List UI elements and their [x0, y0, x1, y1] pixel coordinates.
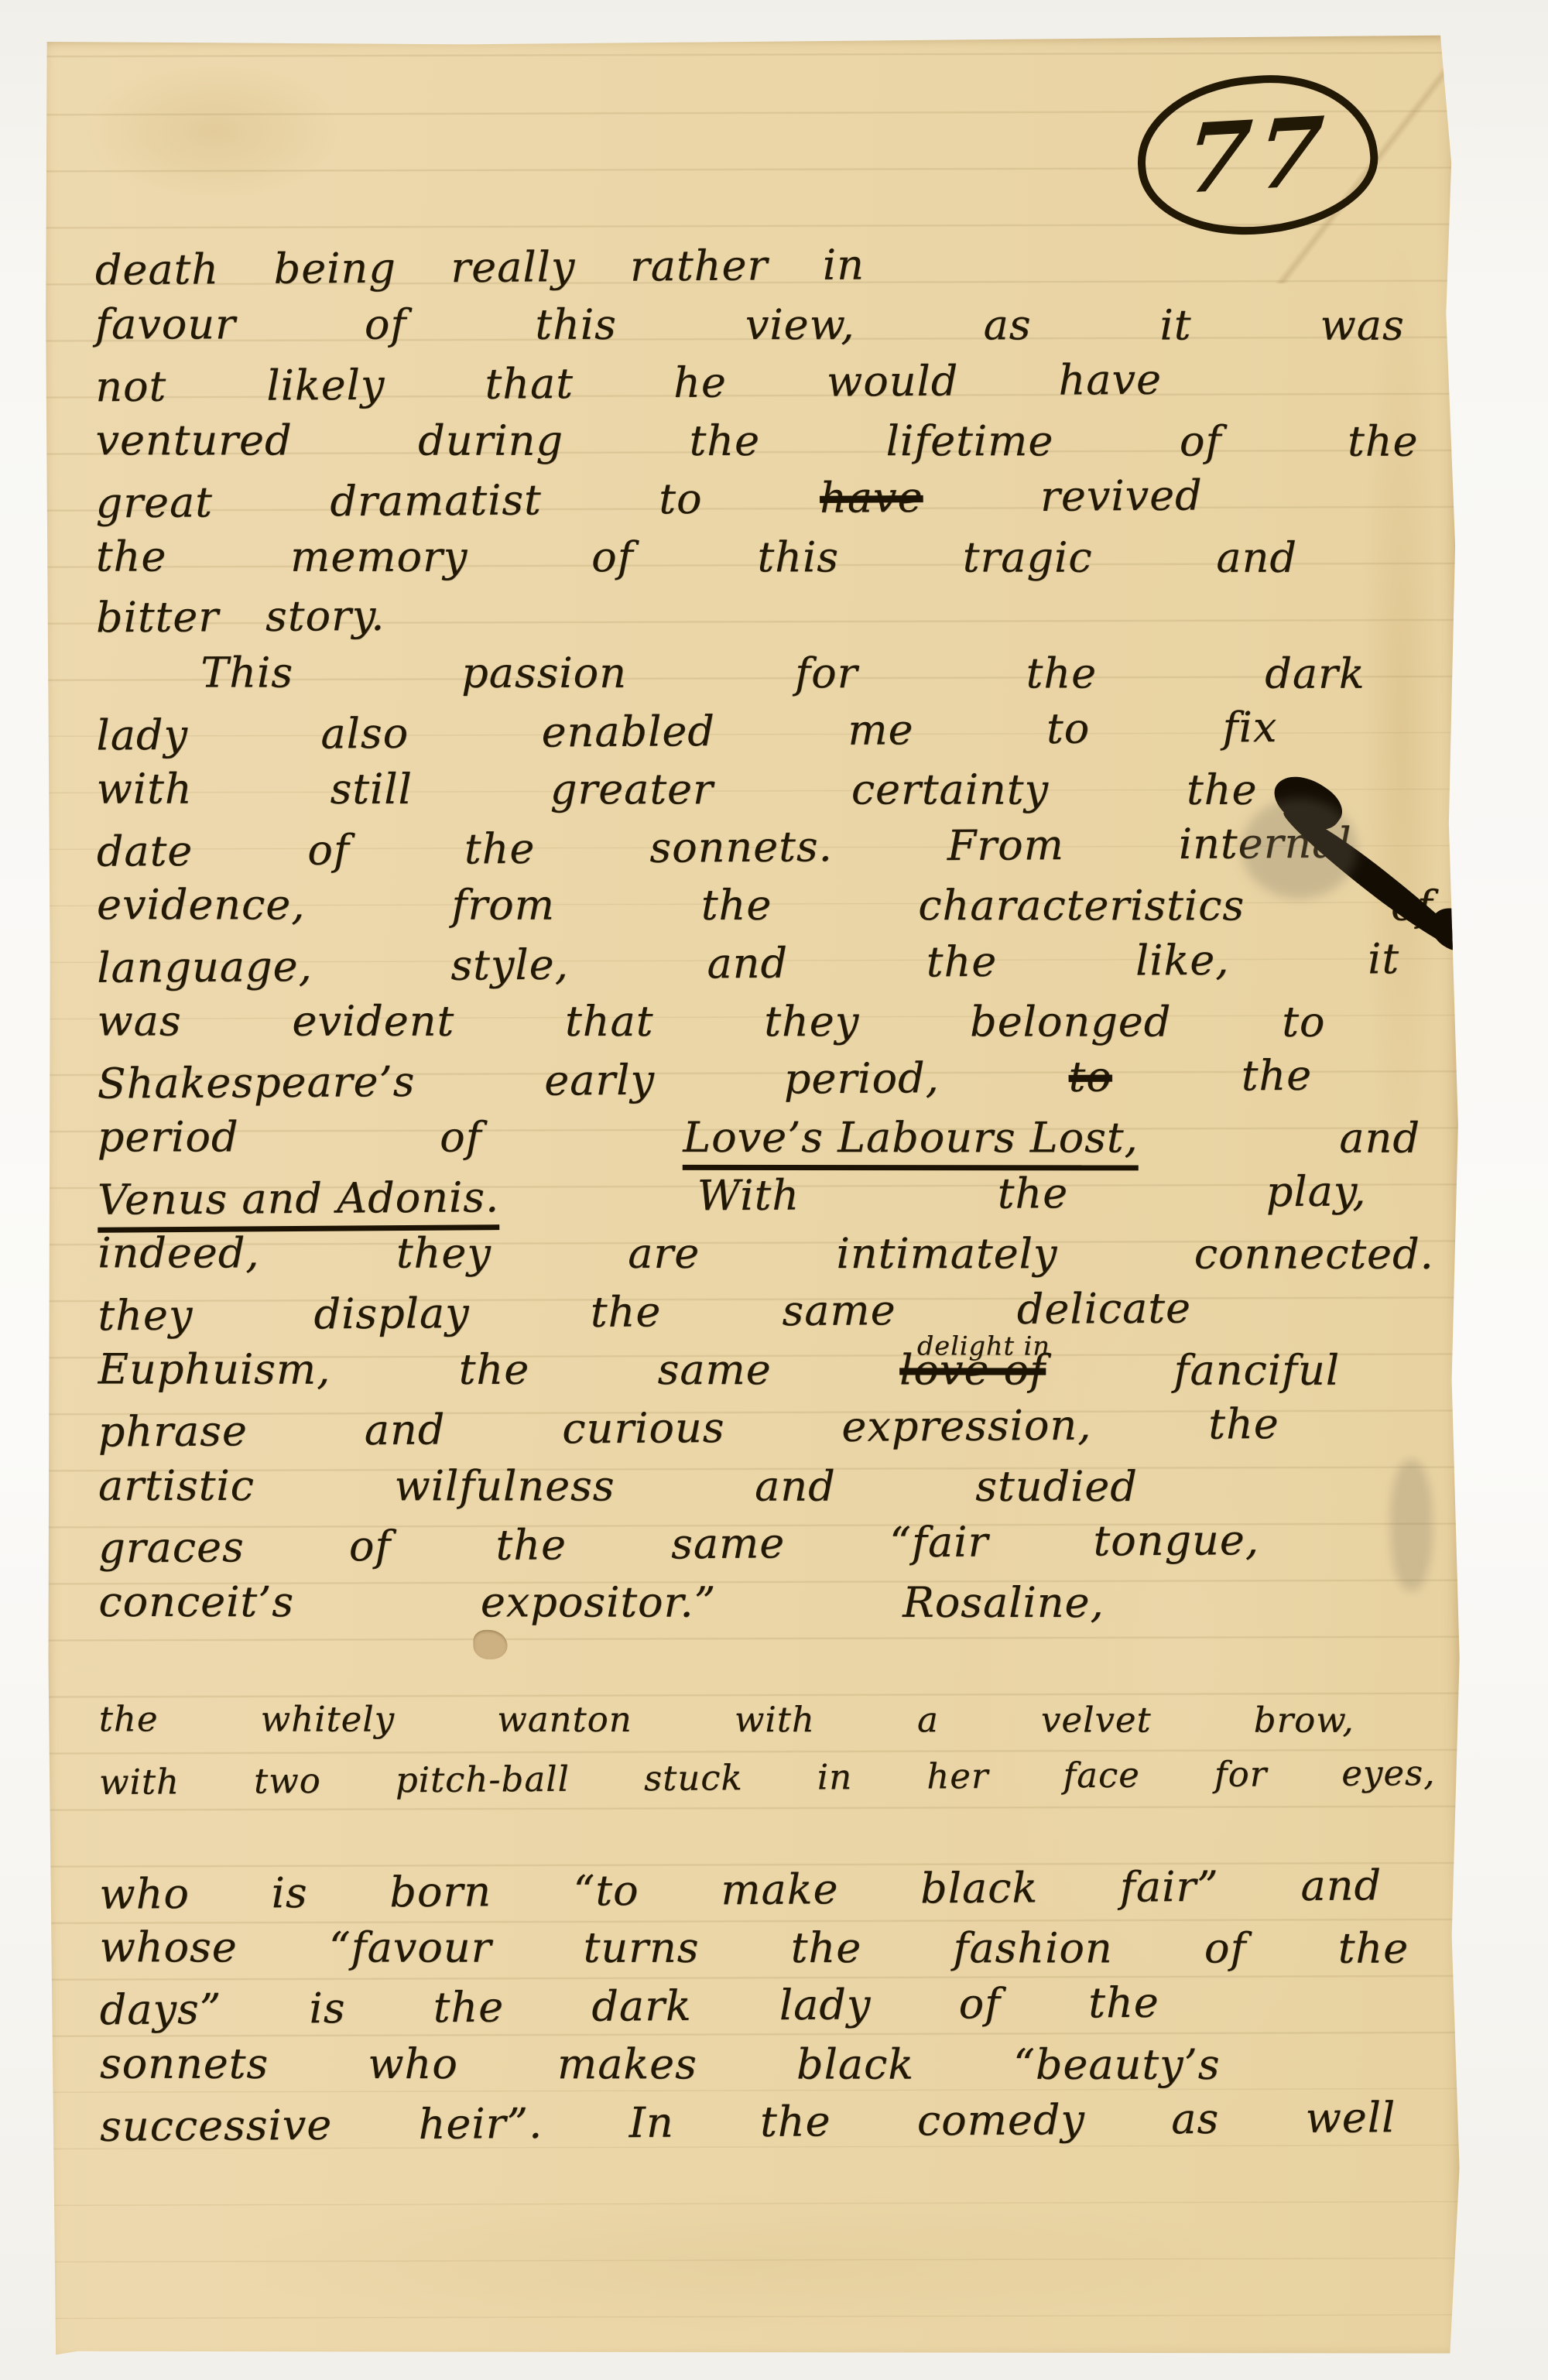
- manuscript-word: period: [98, 1112, 239, 1162]
- manuscript-word: pitch-ball: [396, 1755, 570, 1806]
- manuscript-word: during: [418, 416, 563, 466]
- manuscript-word: the: [459, 1345, 529, 1395]
- manuscript-word: brow,: [1254, 1696, 1354, 1745]
- manuscript-word: and: [707, 939, 788, 989]
- manuscript-word: dark: [591, 1981, 692, 2032]
- manuscript-word: days”: [100, 1984, 222, 2035]
- manuscript-line: Thispassionforthedark: [96, 648, 1365, 707]
- manuscript-line: whose“favourturnsthefashionofthe: [100, 1923, 1409, 1981]
- manuscript-word: that: [485, 359, 574, 409]
- manuscript-line: periodofLove’s Labours Lost,and: [98, 1112, 1420, 1171]
- manuscript-word: that: [565, 997, 653, 1046]
- manuscript-word: certainty: [851, 765, 1049, 814]
- manuscript-word: intimately: [837, 1229, 1058, 1279]
- manuscript-word: studied: [975, 1462, 1138, 1512]
- manuscript-word: period,: [784, 1053, 940, 1104]
- manuscript-word: bitter: [96, 592, 219, 642]
- underlined-phrase: Venus and Adonis.: [98, 1173, 500, 1233]
- manuscript-word: this: [535, 300, 617, 350]
- manuscript-word: fair”: [1120, 1862, 1219, 1913]
- manuscript-word: phrase: [98, 1406, 248, 1457]
- manuscript-line: thewhitelywantonwithavelvetbrow,: [99, 1694, 1354, 1753]
- manuscript-word: lifetime: [886, 416, 1054, 466]
- manuscript-word: the: [791, 1923, 861, 1973]
- manuscript-word: to: [659, 474, 703, 524]
- struck-out-word: love ofdelight in: [899, 1345, 1046, 1395]
- manuscript-word: in: [823, 240, 865, 289]
- manuscript-word: who: [368, 2039, 458, 2089]
- manuscript-line: ladyalsoenabledmetofix: [96, 703, 1277, 769]
- manuscript-word: same: [658, 1345, 772, 1395]
- manuscript-word: the: [495, 1520, 567, 1570]
- manuscript-word: have: [1058, 355, 1162, 406]
- manuscript-word: sonnets.: [649, 822, 833, 873]
- manuscript-word: of: [1204, 1924, 1247, 1974]
- manuscript-word: “fair: [889, 1517, 988, 1567]
- manuscript-word: to: [1046, 704, 1091, 754]
- manuscript-line: evidence,fromthecharacteristicsof: [97, 880, 1433, 940]
- manuscript-word: This: [200, 648, 293, 697]
- manuscript-word: of: [591, 533, 634, 582]
- manuscript-word: the: [926, 937, 998, 988]
- manuscript-line: greatdramatisttohaverevived: [95, 471, 1203, 536]
- manuscript-line: dateofthesonnets.Frominternal: [97, 818, 1352, 885]
- manuscript-word: they: [98, 1290, 193, 1341]
- manuscript-word: the: [1208, 1399, 1279, 1450]
- manuscript-word: ventured: [95, 416, 292, 465]
- manuscript-word: for: [795, 649, 858, 698]
- manuscript-word: would: [827, 356, 959, 406]
- manuscript-word: view,: [745, 300, 855, 350]
- manuscript-word: they: [396, 1229, 491, 1279]
- manuscript-line: indeed,theyareintimatelyconnected.: [98, 1228, 1434, 1288]
- manuscript-word: and: [755, 1462, 836, 1512]
- manuscript-word: date: [97, 827, 193, 877]
- page-number-circle: 77: [1131, 66, 1384, 245]
- manuscript-word: lady: [96, 711, 188, 761]
- manuscript-word: same: [782, 1286, 896, 1336]
- manuscript-word: comedy: [917, 2095, 1085, 2146]
- manuscript-word: the: [96, 533, 166, 582]
- manuscript-word: with: [97, 765, 193, 814]
- manuscript-word: indeed,: [98, 1228, 259, 1278]
- manuscript-word: display: [313, 1289, 470, 1339]
- manuscript-word: play,: [1266, 1166, 1367, 1217]
- manuscript-word: the: [760, 2097, 831, 2147]
- manuscript-word: eyes,: [1341, 1748, 1436, 1799]
- manuscript-word: the: [433, 1983, 504, 2033]
- manuscript-word: Euphuism,: [98, 1344, 331, 1394]
- manuscript-word: wilfulness: [395, 1461, 615, 1511]
- manuscript-word: the: [1348, 417, 1418, 467]
- manuscript-line: thememoryofthistragicand: [96, 533, 1297, 591]
- manuscript-word: with: [735, 1695, 815, 1745]
- manuscript-word: in: [817, 1752, 853, 1802]
- manuscript-word: is: [271, 1868, 307, 1918]
- manuscript-word: he: [673, 358, 727, 408]
- manuscript-word: connected.: [1194, 1229, 1434, 1279]
- manuscript-word: of: [349, 1522, 392, 1571]
- manuscript-word: favour: [95, 300, 236, 349]
- manuscript-word: make: [721, 1865, 839, 1915]
- manuscript-line: sonnetswhomakesblack“beauty’s: [100, 2039, 1221, 2098]
- manuscript-word: artistic: [98, 1461, 255, 1511]
- manuscript-word: successive: [100, 2101, 333, 2152]
- manuscript-word: story.: [265, 591, 385, 642]
- manuscript-word: face: [1063, 1751, 1140, 1801]
- manuscript-word: the: [690, 416, 760, 466]
- manuscript-word: of: [365, 300, 407, 350]
- manuscript-word: tongue,: [1093, 1515, 1259, 1566]
- manuscript-word: born: [389, 1867, 491, 1917]
- manuscript-word: and: [365, 1405, 446, 1455]
- manuscript-word: rather: [630, 241, 769, 291]
- manuscript-word: from: [451, 881, 555, 930]
- manuscript-word: curious: [562, 1403, 725, 1454]
- manuscript-line: notlikelythathewouldhave: [95, 355, 1162, 421]
- manuscript-line: days”isthedarkladyofthe: [100, 1978, 1160, 2044]
- manuscript-word: with: [99, 1757, 180, 1807]
- manuscript-word: enabled: [541, 707, 715, 758]
- manuscript-line: language,style,andthelike,it: [97, 934, 1399, 1002]
- manuscript-line: conceit’sexpositor.”Rosaline,: [98, 1577, 1104, 1636]
- manuscript-word: lady: [779, 1980, 872, 2030]
- manuscript-word: the: [464, 824, 536, 875]
- manuscript-word: dramatist: [330, 475, 542, 526]
- manuscript-word: the: [1338, 1924, 1409, 1974]
- manuscript-word: it: [1160, 300, 1192, 350]
- manuscript-word: From: [947, 820, 1064, 871]
- manuscript-word: a: [917, 1695, 939, 1745]
- manuscript-word: this: [757, 533, 839, 582]
- manuscript-line: venturedduringthelifetimeofthe: [95, 416, 1418, 474]
- manuscript-line: favourofthisview,asitwas: [95, 300, 1405, 358]
- manuscript-word: early: [544, 1056, 655, 1106]
- manuscript-word: whose: [100, 1923, 238, 1972]
- manuscript-word: memory: [290, 533, 467, 582]
- manuscript-word: language,: [97, 942, 313, 993]
- manuscript-word: belonged: [970, 997, 1171, 1046]
- manuscript-word: conceit’s: [98, 1577, 294, 1627]
- manuscript-line: Shakespeare’searlyperiod,tothe: [97, 1051, 1312, 1118]
- manuscript-word: of: [440, 1113, 482, 1163]
- manuscript-word: and: [1300, 1861, 1382, 1911]
- manuscript-word: characteristics: [918, 881, 1245, 930]
- manuscript-line: artisticwilfulnessandstudied: [98, 1461, 1138, 1520]
- manuscript-word: With: [697, 1170, 800, 1221]
- manuscript-line: phraseandcuriousexpression,the: [98, 1399, 1279, 1466]
- manuscript-word: being: [273, 244, 396, 294]
- manuscript-line: Venus and Adonis.Withtheplay,: [98, 1166, 1367, 1233]
- manuscript-word: the: [1187, 765, 1257, 815]
- manuscript-line: withstillgreatercertaintythe: [97, 765, 1258, 824]
- manuscript-word: two: [254, 1756, 321, 1806]
- manuscript-word: are: [628, 1229, 700, 1279]
- manuscript-word: heir”.: [418, 2099, 543, 2149]
- manuscript-word: the: [701, 881, 772, 930]
- manuscript-word: makes: [557, 2039, 697, 2089]
- manuscript-word: “favour: [329, 1923, 491, 1973]
- underlined-phrase: Love’s Labours Lost,: [683, 1113, 1139, 1171]
- manuscript-line: gracesofthesame“fairtongue,: [98, 1515, 1259, 1581]
- manuscript-line: whoisborn“tomakeblackfair”and: [99, 1861, 1382, 1928]
- manuscript-word: “beauty’s: [1013, 2040, 1220, 2090]
- manuscript-word: black: [796, 2039, 914, 2089]
- manuscript-word: graces: [98, 1522, 245, 1573]
- manuscript-word: fashion: [953, 1923, 1112, 1973]
- manuscript-word: of: [307, 825, 350, 875]
- manuscript-word: also: [320, 709, 409, 759]
- struck-out-word: to: [1068, 1052, 1112, 1101]
- manuscript-word: as: [1171, 2094, 1219, 2144]
- manuscript-word: whitely: [261, 1695, 395, 1745]
- manuscript-word: expression,: [841, 1401, 1091, 1452]
- manuscript-word: black: [920, 1863, 1038, 1913]
- manuscript-word: evident: [292, 997, 454, 1046]
- manuscript-word: the: [1241, 1051, 1312, 1101]
- manuscript-line: Euphuism,thesamelove ofdelight infancifu…: [98, 1344, 1341, 1403]
- manuscript-line: successiveheir”.Inthecomedyaswell: [100, 2093, 1396, 2160]
- manuscript-word: the: [1088, 1978, 1159, 2029]
- manuscript-line: withtwopitch-ballstuckinherfaceforeyes,: [99, 1748, 1436, 1816]
- manuscript-word: wanton: [497, 1695, 632, 1745]
- manuscript-word: passion: [461, 649, 627, 698]
- manuscript-word: Rosaline,: [902, 1578, 1104, 1628]
- manuscript-word: was: [97, 996, 181, 1046]
- manuscript-word: like,: [1135, 936, 1230, 986]
- manuscript-word: still: [330, 765, 413, 814]
- page-number: 77: [1181, 94, 1334, 215]
- manuscript-word: greater: [550, 765, 714, 814]
- manuscript-word: of: [958, 1979, 1001, 2029]
- manuscript-line: wasevidentthattheybelongedto: [97, 996, 1325, 1055]
- manuscript-word: tragic: [963, 533, 1093, 582]
- manuscript-word: turns: [584, 1923, 700, 1973]
- manuscript-word: well: [1305, 2093, 1396, 2143]
- manuscript-word: same: [671, 1519, 786, 1569]
- manuscript-word: Shakespeare’s: [97, 1057, 415, 1109]
- manuscript-word: In: [628, 2098, 674, 2148]
- manuscript-word: “to: [574, 1866, 639, 1916]
- manuscript-word: was: [1320, 301, 1405, 351]
- manuscript-word: the: [591, 1287, 662, 1337]
- manuscript-word: her: [926, 1752, 989, 1802]
- manuscript-word: it: [1368, 934, 1399, 984]
- manuscript-word: stuck: [644, 1753, 743, 1803]
- manuscript-word: the: [99, 1694, 159, 1744]
- manuscript-word: great: [95, 478, 213, 528]
- paragraph-gap: [98, 1634, 1448, 1697]
- paper-flaw: [473, 1630, 507, 1659]
- manuscript-word: death: [95, 245, 220, 295]
- manuscript-word: expositor.”: [481, 1577, 716, 1627]
- inserted-correction: delight in: [917, 1322, 1050, 1371]
- manuscript-line: bitterstory.: [96, 591, 502, 652]
- manuscript-word: likely: [266, 361, 385, 411]
- manuscript-word: revived: [1040, 471, 1203, 521]
- manuscript-text: deathbeingreallyratherinfavourofthisview…: [95, 241, 1450, 2158]
- manuscript-word: the: [1026, 649, 1097, 698]
- manuscript-word: as: [984, 300, 1032, 350]
- manuscript-word: not: [95, 362, 166, 413]
- manuscript-word: me: [848, 705, 914, 755]
- manuscript-word: for: [1214, 1749, 1268, 1799]
- manuscript-word: really: [450, 242, 575, 293]
- manuscript-word: sonnets: [100, 2039, 269, 2089]
- struck-out-word: have: [820, 473, 923, 523]
- manuscript-word: style,: [450, 940, 569, 991]
- manuscript-word: and: [1216, 533, 1297, 583]
- manuscript-line: deathbeingreallyratherin: [95, 240, 865, 303]
- manuscript-word: velvet: [1041, 1695, 1152, 1745]
- manuscript-word: to: [1282, 998, 1325, 1047]
- paragraph-gap: [99, 1810, 1449, 1868]
- manuscript-word: fanciful: [1174, 1346, 1341, 1395]
- scan-bed: { "page": { "number": "77" }, "colors": …: [0, 0, 1548, 2380]
- manuscript-word: dark: [1265, 649, 1365, 699]
- manuscript-page: 77 deathbeingreallyratherinfavourofthisv…: [43, 36, 1462, 2358]
- manuscript-word: of: [1180, 416, 1222, 466]
- manuscript-word: evidence,: [97, 880, 305, 930]
- manuscript-word: is: [309, 1984, 345, 2033]
- manuscript-word: and: [1339, 1114, 1420, 1163]
- manuscript-word: who: [99, 1869, 190, 1919]
- manuscript-word: fix: [1222, 703, 1277, 752]
- manuscript-word: they: [764, 997, 859, 1046]
- manuscript-word: the: [997, 1169, 1068, 1219]
